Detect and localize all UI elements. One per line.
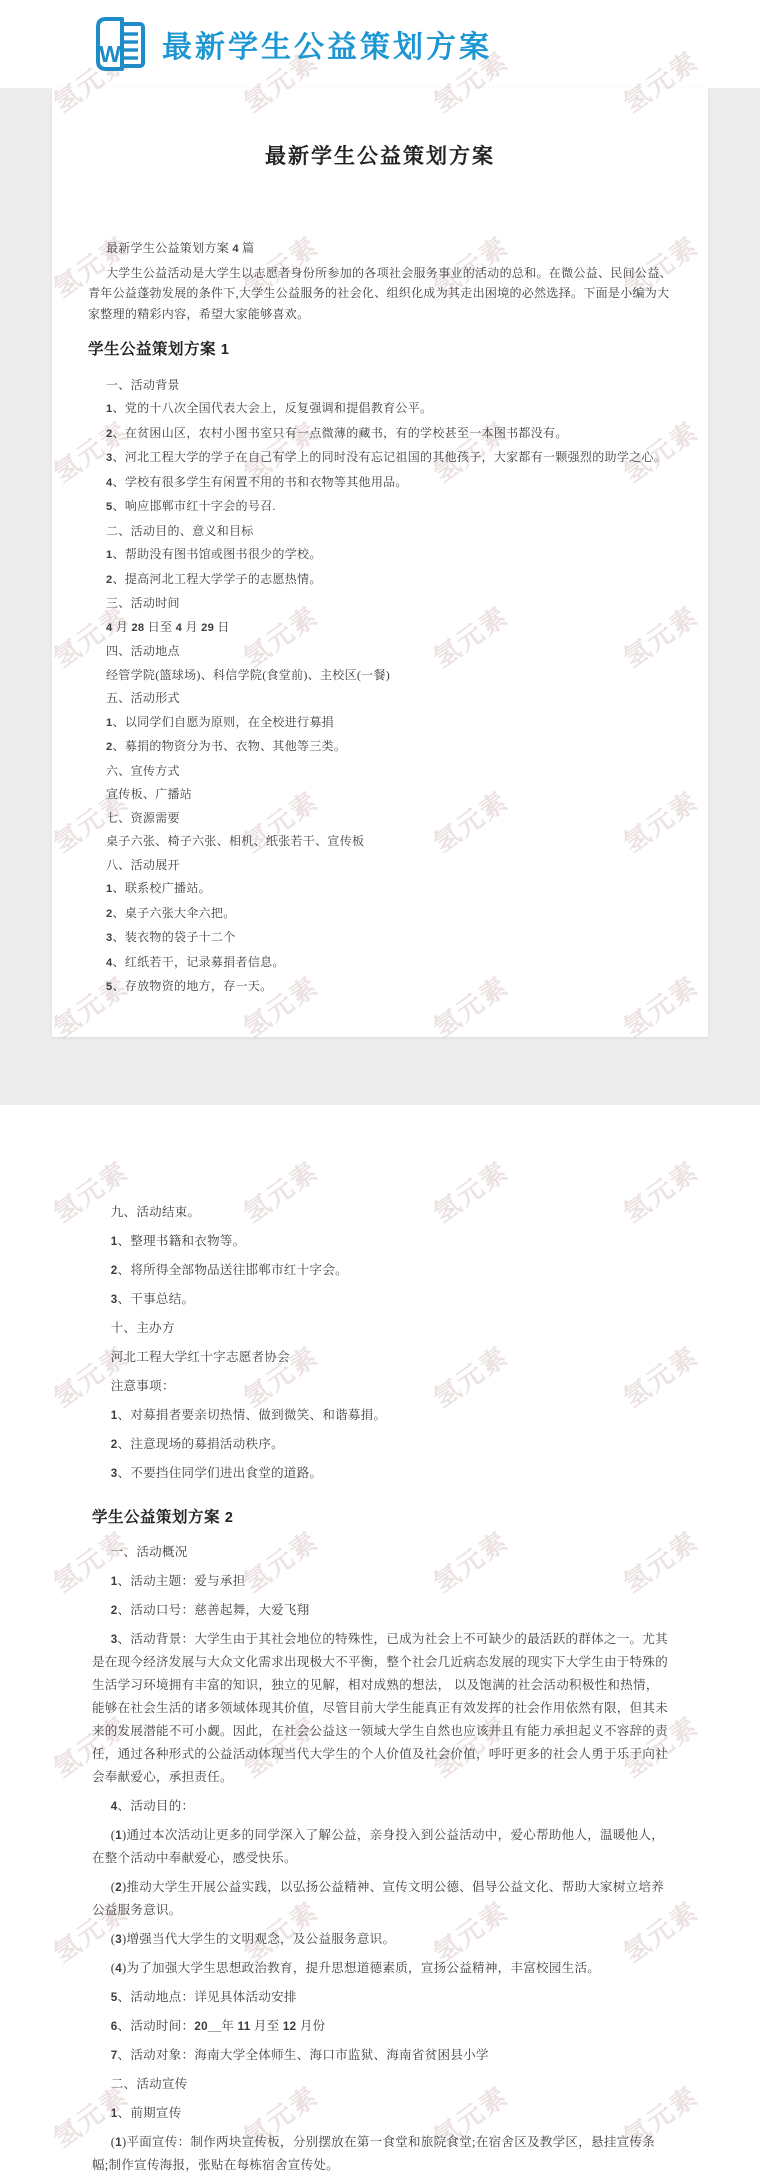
page1-paragraphs: 最新学生公益策划方案 4 篇大学生公益活动是大学生以志愿者身份所参加的各项社会服… (88, 238, 672, 998)
doc-paragraph: 1、帮助没有图书馆或图书很少的学校。 (88, 544, 672, 566)
doc-paragraph: 4 月 28 日至 4 月 29 日 (88, 617, 672, 639)
doc-paragraph: 2、桌子六张大伞六把。 (88, 903, 672, 925)
section-heading: 学生公益策划方案 2 (92, 1507, 670, 1529)
doc-paragraph: 7、活动对象：海南大学全体师生、海口市监狱、海南省贫困县小学 (92, 2044, 670, 2067)
app-header: W 最新学生公益策划方案 (0, 0, 760, 88)
page2-paragraphs: 九、活动结束。1、整理书籍和衣物等。2、将所得全部物品送往邯郸市红十字会。3、干… (92, 1201, 670, 2177)
doc-paragraph: 注意事项： (92, 1375, 670, 1398)
document-title: 最新学生公益策划方案 (88, 140, 672, 170)
app-title: 最新学生公益策划方案 (162, 22, 492, 66)
doc-paragraph: 5、存放物资的地方，存一天。 (88, 976, 672, 998)
doc-paragraph: 四、活动地点 (88, 641, 672, 662)
doc-paragraph: (2)推动大学生开展公益实践，以弘扬公益精神、宣传文明公德、倡导公益文化、帮助大… (92, 1876, 670, 1922)
doc-paragraph: 1、对募捐者要亲切热情、做到微笑、和谐募捐。 (92, 1404, 670, 1427)
doc-paragraph: 五、活动形式 (88, 688, 672, 709)
page1-content: 最新学生公益策划方案 最新学生公益策划方案 4 篇大学生公益活动是大学生以志愿者… (52, 88, 708, 998)
doc-paragraph: 1、前期宣传 (92, 2102, 670, 2125)
doc-paragraph: (1)平面宣传：制作两块宣传板，分别摆放在第一食堂和旅院食堂;在宿舍区及教学区，… (92, 2131, 670, 2177)
doc-paragraph: 6、活动时间：20__年 11 月至 12 月份 (92, 2015, 670, 2038)
doc-paragraph: 一、活动背景 (88, 375, 672, 396)
doc-paragraph: 经管学院(篮球场)、科信学院(食堂前)、主校区(一餐) (88, 665, 672, 686)
doc-paragraph: (3)增强当代大学生的文明观念，及公益服务意识。 (92, 1928, 670, 1951)
doc-paragraph: 二、活动宣传 (92, 2073, 670, 2096)
doc-paragraph: 3、干事总结。 (92, 1288, 670, 1311)
doc-paragraph: 1、以同学们自愿为原则，在全校进行募捐 (88, 712, 672, 734)
doc-paragraph: 大学生公益活动是大学生以志愿者身份所参加的各项社会服务事业的活动的总和。在微公益… (88, 263, 672, 325)
svg-text:W: W (99, 41, 121, 67)
doc-paragraph: 桌子六张、椅子六张、相机、纸张若干、宣传板 (88, 831, 672, 852)
document-page-2: 九、活动结束。1、整理书籍和衣物等。2、将所得全部物品送往邯郸市红十字会。3、干… (0, 1105, 760, 2178)
doc-paragraph: 3、不要挡住同学们进出食堂的道路。 (92, 1462, 670, 1485)
doc-paragraph: 5、响应邯郸市红十字会的号召. (88, 496, 672, 518)
doc-paragraph: 1、活动主题：爱与承担 (92, 1570, 670, 1593)
doc-paragraph: 5、活动地点：详见具体活动安排 (92, 1986, 670, 2009)
doc-paragraph: 4、红纸若干，记录募捐者信息。 (88, 952, 672, 974)
word-doc-icon: W (92, 15, 148, 73)
doc-paragraph: 十、主办方 (92, 1317, 670, 1340)
document-page-1: 最新学生公益策划方案 最新学生公益策划方案 4 篇大学生公益活动是大学生以志愿者… (52, 88, 708, 1037)
doc-paragraph: 九、活动结束。 (92, 1201, 670, 1224)
doc-paragraph: 八、活动展开 (88, 855, 672, 876)
doc-paragraph: 4、学校有很多学生有闲置不用的书和衣物等其他用品。 (88, 472, 672, 494)
doc-paragraph: 河北工程大学红十字志愿者协会 (92, 1346, 670, 1369)
doc-paragraph: (1)通过本次活动让更多的同学深入了解公益，亲身投入到公益活动中，爱心帮助他人，… (92, 1824, 670, 1870)
doc-paragraph: 二、活动目的、意义和目标 (88, 521, 672, 542)
doc-paragraph: 3、装衣物的袋子十二个 (88, 927, 672, 949)
doc-paragraph: 最新学生公益策划方案 4 篇 (88, 238, 672, 260)
doc-paragraph: 1、联系校广播站。 (88, 878, 672, 900)
doc-paragraph: 七、资源需要 (88, 808, 672, 829)
doc-paragraph: 2、募捐的物资分为书、衣物、其他等三类。 (88, 736, 672, 758)
doc-paragraph: 一、活动概况 (92, 1541, 670, 1564)
doc-paragraph: 宣传板、广播站 (88, 784, 672, 805)
doc-paragraph: 六、宣传方式 (88, 761, 672, 782)
doc-paragraph: 2、注意现场的募捐活动秩序。 (92, 1433, 670, 1456)
page-root: W 最新学生公益策划方案 最新学生公益策划方案 最新学生公益策划方案 4 篇大学… (0, 0, 760, 2178)
doc-paragraph: 2、活动口号：慈善起舞，大爱飞翔 (92, 1599, 670, 1622)
doc-paragraph: 3、河北工程大学的学子在自己有学上的同时没有忘记祖国的其他孩子，大家都有一颗强烈… (88, 447, 672, 469)
doc-paragraph: 1、党的十八次全国代表大会上，反复强调和提倡教育公平。 (88, 398, 672, 420)
page2-content: 九、活动结束。1、整理书籍和衣物等。2、将所得全部物品送往邯郸市红十字会。3、干… (0, 1105, 760, 2177)
doc-paragraph: 2、将所得全部物品送往邯郸市红十字会。 (92, 1259, 670, 1282)
doc-paragraph: 2、在贫困山区，农村小图书室只有一点微薄的藏书，有的学校甚至一本图书都没有。 (88, 423, 672, 445)
doc-paragraph: (4)为了加强大学生思想政治教育，提升思想道德素质，宣扬公益精神，丰富校园生活。 (92, 1957, 670, 1980)
doc-paragraph: 三、活动时间 (88, 593, 672, 614)
doc-paragraph: 2、提高河北工程大学学子的志愿热情。 (88, 569, 672, 591)
doc-paragraph: 4、活动目的： (92, 1795, 670, 1818)
doc-paragraph: 1、整理书籍和衣物等。 (92, 1230, 670, 1253)
doc-paragraph: 3、活动背景：大学生由于其社会地位的特殊性，已成为社会上不可缺少的最活跃的群体之… (92, 1628, 670, 1789)
section-heading: 学生公益策划方案 1 (88, 340, 672, 361)
